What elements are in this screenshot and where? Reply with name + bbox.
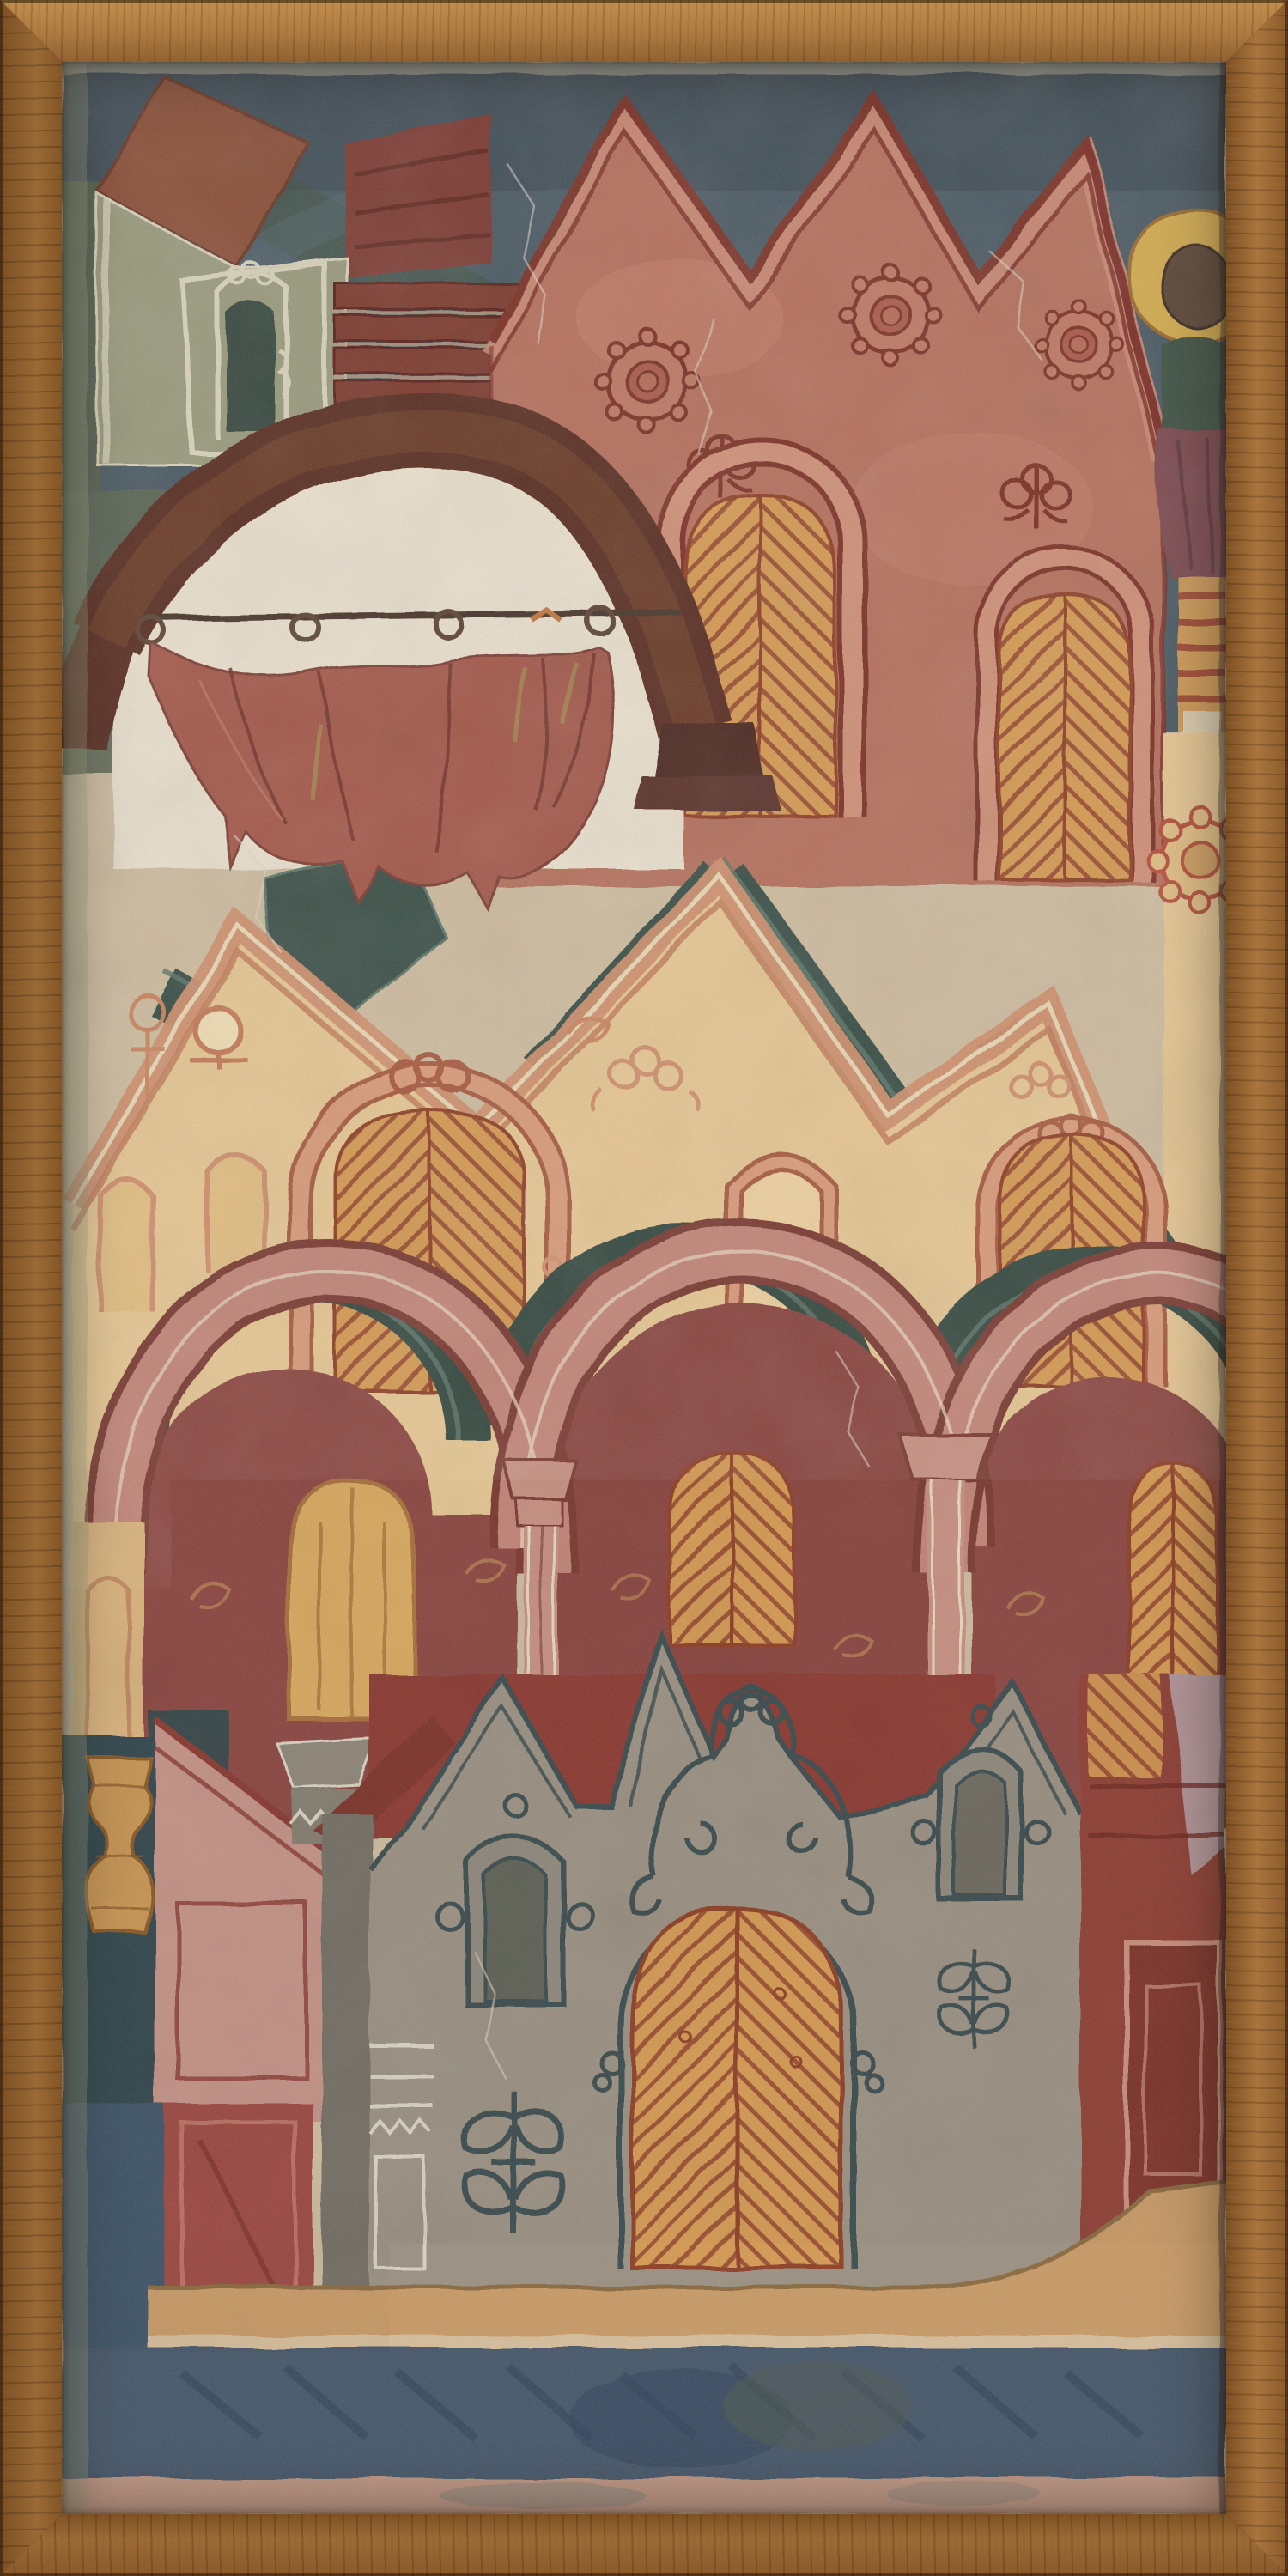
fresco-painting xyxy=(62,62,1226,2514)
wooden-frame-top xyxy=(0,0,1288,62)
wooden-frame-right xyxy=(1226,0,1288,2576)
framed-fresco xyxy=(0,0,1288,2576)
wooden-frame-left xyxy=(0,0,62,2576)
wooden-frame-bottom xyxy=(0,2514,1288,2576)
blotch-overlay-light xyxy=(62,62,1226,2514)
